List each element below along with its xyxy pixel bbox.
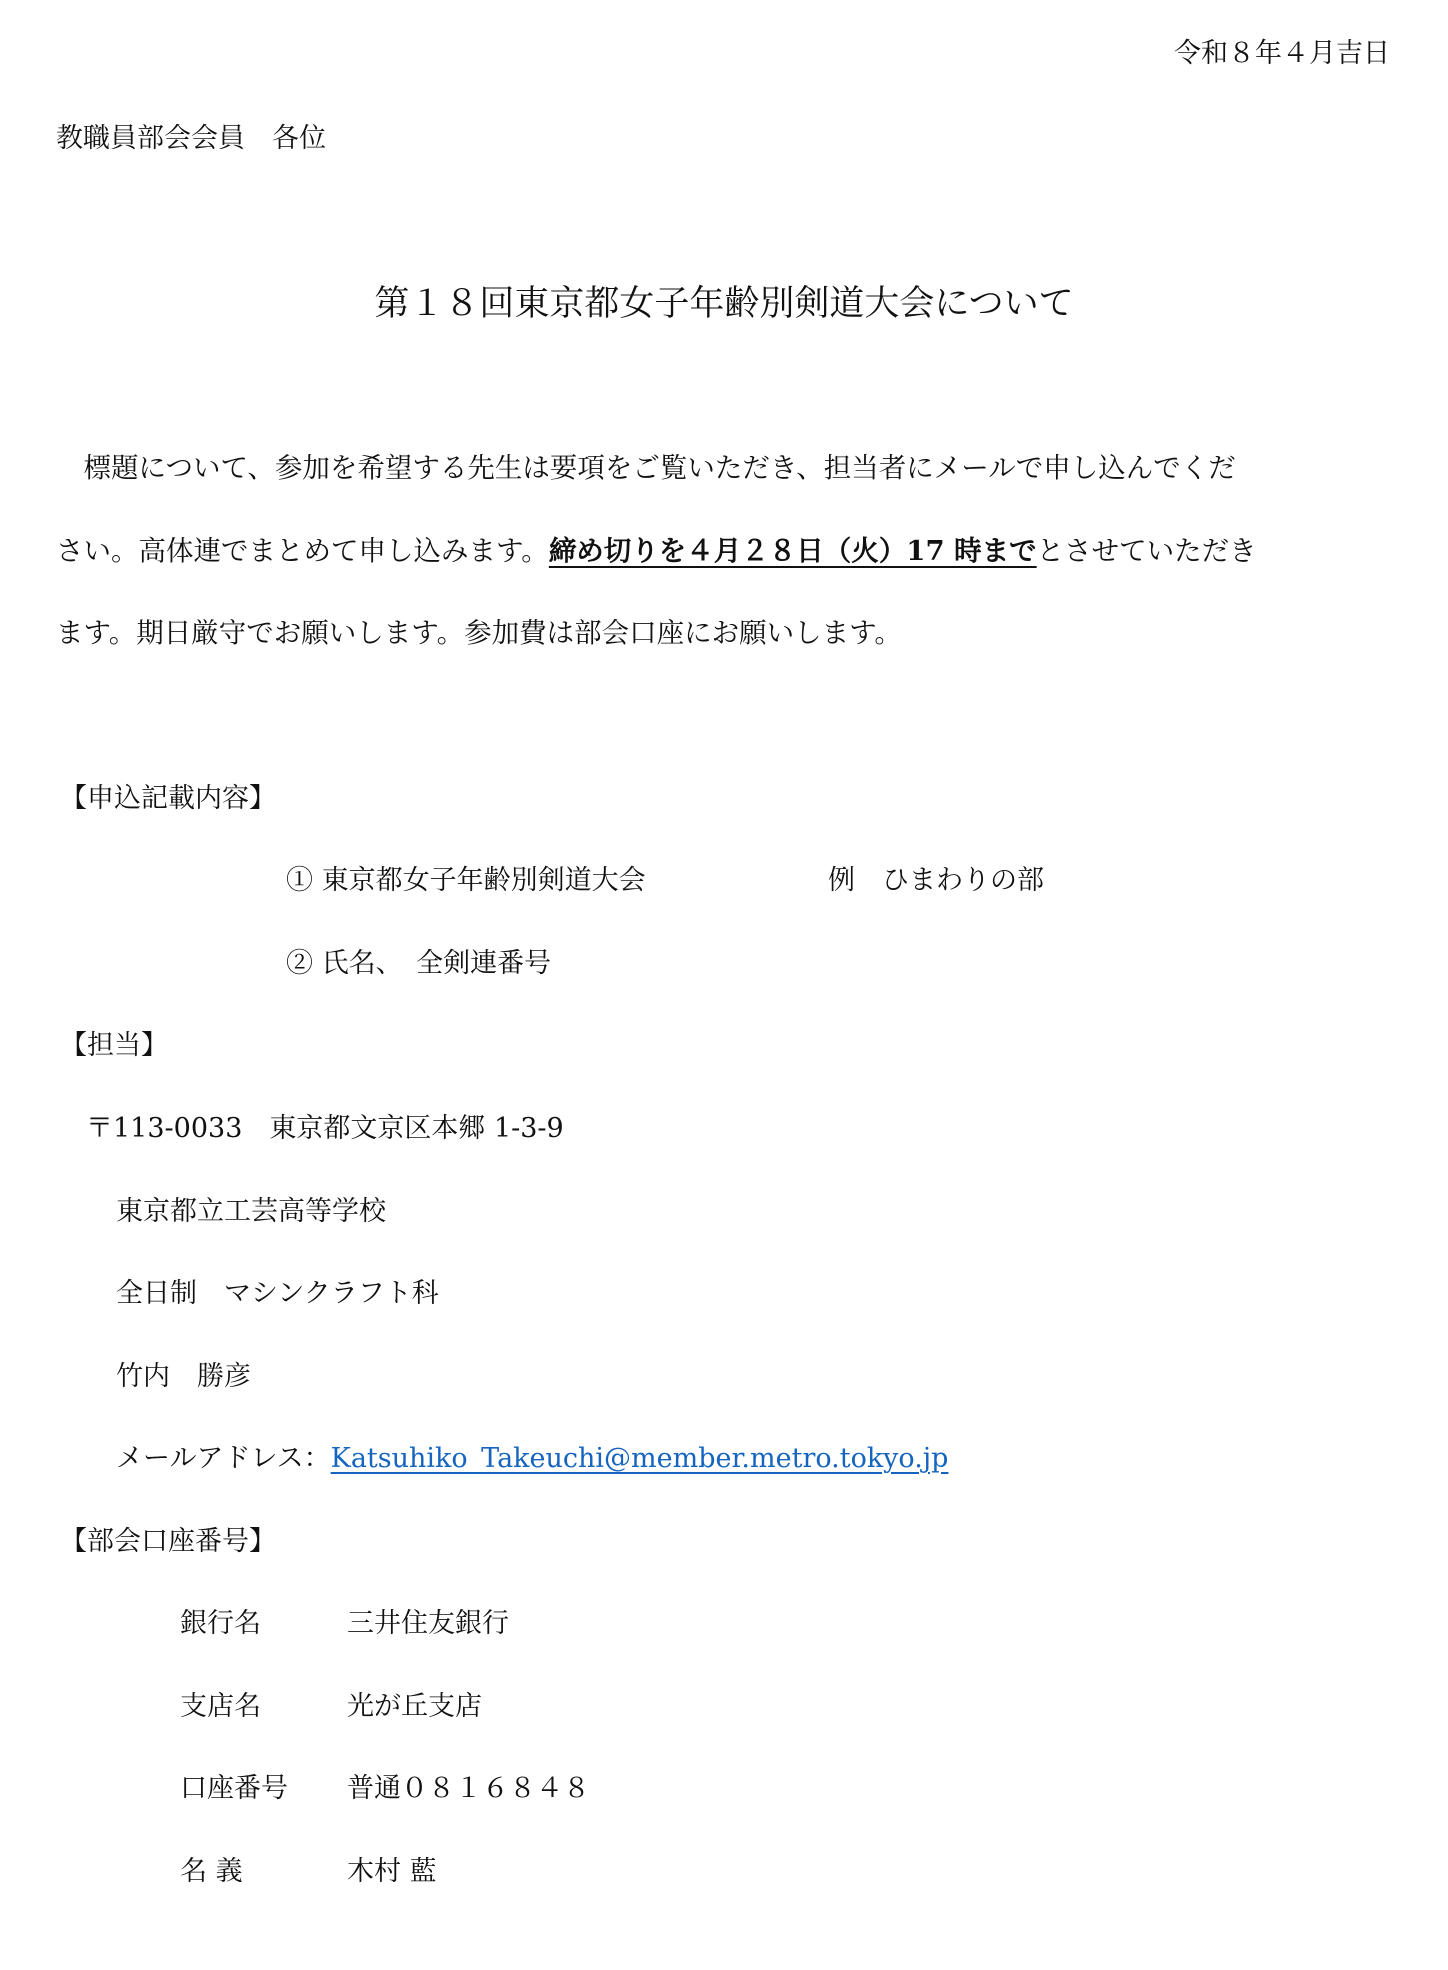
application-item-text: ① 東京都女子年齢別剣道大会 xyxy=(286,865,646,896)
application-item-1: ① 東京都女子年齢別剣道大会 例 ひまわりの部 xyxy=(286,867,646,894)
account-number-label: 口座番号 xyxy=(180,1775,288,1802)
branch-name-label: 支店名 xyxy=(180,1693,261,1720)
application-item-text: ② 氏名、 全剣連番号 xyxy=(286,948,551,979)
email-link[interactable]: Katsuhiko_Takeuchi@member.metro.tokyo.jp xyxy=(331,1443,949,1474)
account-holder-label: 名 義 xyxy=(180,1858,243,1885)
contact-email-line: メールアドレス：Katsuhiko_Takeuchi@member.metro.… xyxy=(116,1445,948,1472)
recipient-line: 教職員部会会員 各位 xyxy=(56,125,326,152)
contact-address: 〒113-0033 東京都文京区本郷 1-3-9 xyxy=(86,1115,564,1142)
branch-name-value: 光が丘支店 xyxy=(347,1693,482,1720)
account-number-value: 普通０８１６８４８ xyxy=(347,1775,590,1802)
application-item-2: ② 氏名、 全剣連番号 xyxy=(286,950,551,977)
contact-heading: 【担当】 xyxy=(60,1032,168,1059)
contact-name: 竹内 勝彦 xyxy=(116,1363,251,1390)
contact-department: 全日制 マシンクラフト科 xyxy=(116,1280,439,1307)
account-holder-value: 木村 藍 xyxy=(347,1858,437,1885)
application-item-example: 例 ひまわりの部 xyxy=(828,867,1044,894)
bank-heading: 【部会口座番号】 xyxy=(60,1528,276,1555)
body-text: とさせていただき xyxy=(1037,535,1257,567)
bank-name-value: 三井住友銀行 xyxy=(347,1610,509,1637)
issue-date: 令和８年４月吉日 xyxy=(1174,40,1390,67)
body-paragraph-line-2: さい。高体連でまとめて申し込みます。締め切りを４月２８日（火）17 時までとさせ… xyxy=(56,538,1257,566)
application-heading: 【申込記載内容】 xyxy=(60,785,276,812)
email-label: メールアドレス： xyxy=(116,1443,331,1474)
contact-school: 東京都立工芸高等学校 xyxy=(116,1198,386,1225)
deadline-text: 締め切りを４月２８日（火）17 時まで xyxy=(549,535,1037,567)
body-paragraph-line-3: ます。期日厳守でお願いします。参加費は部会口座にお願いします。 xyxy=(56,620,902,648)
document-title: 第１８回東京都女子年齢別剣道大会について xyxy=(0,287,1448,322)
body-text: さい。高体連でまとめて申し込みます。 xyxy=(56,535,549,567)
bank-name-label: 銀行名 xyxy=(180,1610,261,1637)
body-paragraph-line-1: 標題について、参加を希望する先生は要項をご覧いただき、担当者にメールで申し込んで… xyxy=(56,455,1236,483)
